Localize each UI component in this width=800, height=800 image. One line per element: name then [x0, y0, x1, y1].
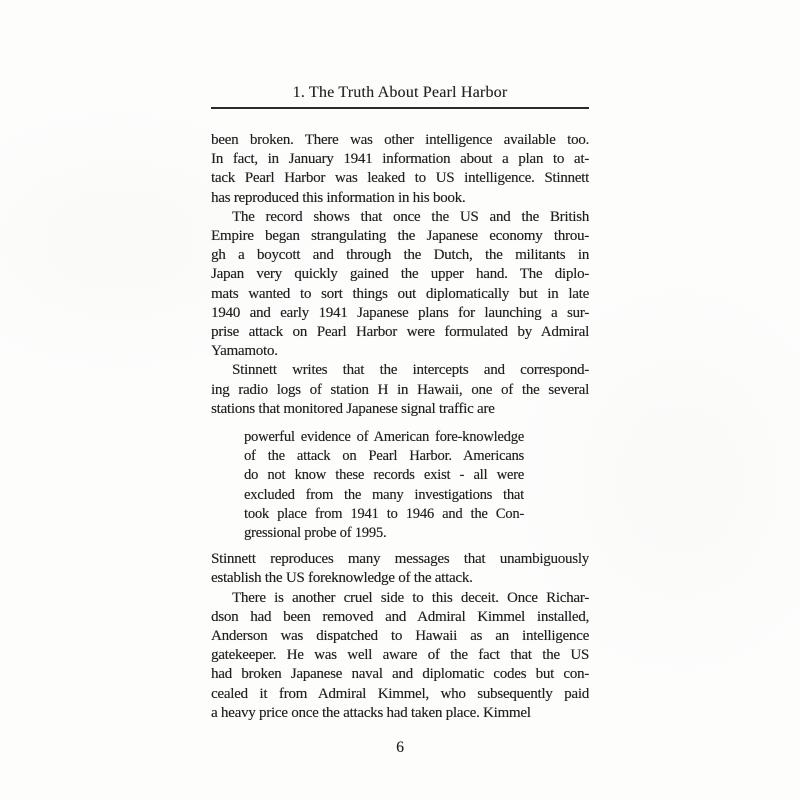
text-line: Empire began strangulating the Japanese …: [211, 227, 589, 246]
text-line: dson had been removed and Admiral Kimmel…: [211, 608, 589, 627]
text-line: Japan very quickly gained the upper hand…: [211, 265, 589, 284]
text-line: had broken Japanese naval and diplomatic…: [211, 665, 589, 684]
text-line: a heavy price once the attacks had taken…: [211, 704, 589, 723]
text-line: of the attack on Pearl Harbor. Americans: [244, 447, 524, 466]
text-line: been broken. There was other intelligenc…: [211, 131, 589, 150]
text-line: ing radio logs of station H in Hawaii, o…: [211, 381, 589, 400]
text-line: took place from 1941 to 1946 and the Con…: [244, 505, 524, 524]
blockquote: powerful evidence of American fore-knowl…: [244, 428, 524, 543]
text-line: prise attack on Pearl Harbor were formul…: [211, 323, 589, 342]
text-column: 1. The Truth About Pearl Harbor been bro…: [211, 0, 589, 757]
text-line: excluded from the many investigations th…: [244, 486, 524, 505]
page-number: 6: [211, 739, 589, 757]
text-line: do not know these records exist - all we…: [244, 466, 524, 485]
paragraph: There is another cruel side to this dece…: [211, 589, 589, 723]
text-line: gatekeeper. He was well aware of the fac…: [211, 646, 589, 665]
text-line: Stinnett writes that the intercepts and …: [211, 361, 589, 380]
text-line: cealed it from Admiral Kimmel, who subse…: [211, 685, 589, 704]
text-line: powerful evidence of American fore-knowl…: [244, 428, 524, 447]
text-line: has reproduced this information in his b…: [211, 189, 589, 208]
text-line: Anderson was dispatched to Hawaii as an …: [211, 627, 589, 646]
page-body: been broken. There was other intelligenc…: [211, 131, 589, 723]
running-head-title: 1. The Truth About Pearl Harbor: [211, 84, 589, 109]
text-line: In fact, in January 1941 information abo…: [211, 150, 589, 169]
paragraph: been broken. There was other intelligenc…: [211, 131, 589, 208]
text-line: mats wanted to sort things out diplomati…: [211, 285, 589, 304]
text-line: Stinnett reproduces many messages that u…: [211, 550, 589, 569]
paragraph: Stinnett writes that the intercepts and …: [211, 361, 589, 419]
text-line: gressional probe of 1995.: [244, 524, 524, 543]
text-line: establish the US foreknowledge of the at…: [211, 569, 589, 588]
text-line: The record shows that once the US and th…: [211, 208, 589, 227]
text-line: 1940 and early 1941 Japanese plans for l…: [211, 304, 589, 323]
text-line: tack Pearl Harbor was leaked to US intel…: [211, 169, 589, 188]
scanned-book-page: 1. The Truth About Pearl Harbor been bro…: [0, 0, 800, 800]
paragraph: The record shows that once the US and th…: [211, 208, 589, 362]
text-line: stations that monitored Japanese signal …: [211, 400, 589, 419]
paragraph: Stinnett reproduces many messages that u…: [211, 550, 589, 588]
text-line: Yamamoto.: [211, 342, 589, 361]
text-line: There is another cruel side to this dece…: [211, 589, 589, 608]
text-line: gh a boycott and through the Dutch, the …: [211, 246, 589, 265]
